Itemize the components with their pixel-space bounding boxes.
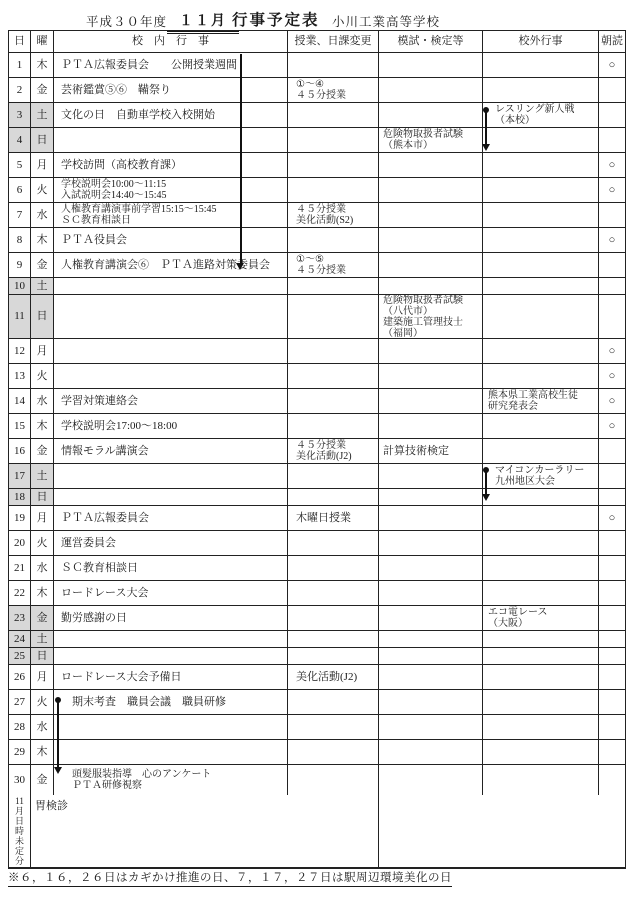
wrestling-arrowhead-icon [482,144,490,151]
weekday-cell: 月 [31,153,54,177]
morning-reading-cell [599,253,625,277]
header-class-changes: 授業、日課変更 [288,31,379,52]
exam-cell [379,278,483,294]
class-change-cell [288,53,379,77]
class-change-cell [288,389,379,413]
day-cell: 19 [9,506,31,530]
morning-reading-cell [599,648,625,664]
morning-reading-cell [599,581,625,605]
class-change-cell [288,414,379,438]
weekday-cell: 金 [31,439,54,463]
exam-cell [379,690,483,714]
events-cell [54,631,288,647]
events-cell: ロードレース大会 [54,581,288,605]
exam-cell [379,581,483,605]
events-cell: ＳＣ教育相談日 [54,556,288,580]
outside-cell [483,489,599,505]
day-cell: 9 [9,253,31,277]
morning-reading-cell [599,295,625,338]
outside-cell [483,631,599,647]
morning-reading-cell [599,78,625,102]
morning-reading-cell [599,715,625,739]
header-morning-reading: 朝読 [599,31,625,52]
calendar-row-21: 21水ＳＣ教育相談日 [9,556,625,581]
pending-content: 胃検診 [31,795,379,867]
morning-reading-cell: ○ [599,53,625,77]
school-name: 小川工業高等学校 [332,12,440,30]
weekday-cell: 土 [31,464,54,488]
weekday-cell: 火 [31,178,54,202]
class-change-cell [288,153,379,177]
events-cell [54,364,288,388]
morning-reading-cell [599,765,625,795]
calendar-row-27: 27火期末考査 職員会議 職員研修 [9,690,625,715]
calendar-row-24: 24土 [9,631,625,648]
exam-cell: 計算技術検定 [379,439,483,463]
morning-reading-cell [599,740,625,764]
events-cell [54,489,288,505]
morning-reading-cell [599,464,625,488]
events-cell: ＰＴＡ広報委員会 公開授業週間 [54,53,288,77]
day-cell: 14 [9,389,31,413]
events-cell: 頭髪服装指導 心のアンケートＰＴＡ研修視察 [54,765,288,795]
weekday-cell: 水 [31,715,54,739]
day-cell: 24 [9,631,31,647]
weekday-cell: 日 [31,648,54,664]
morning-reading-cell [599,690,625,714]
morning-reading-cell: ○ [599,339,625,363]
outside-cell [483,203,599,227]
events-cell: 人権教育講演会⑥ ＰＴＡ進路対策委員会 [54,253,288,277]
calendar-row-26: 26月ロードレース大会予備日美化活動(J2) [9,665,625,690]
events-cell: 勤労感謝の日 [54,606,288,630]
outside-cell [483,414,599,438]
events-cell [54,464,288,488]
class-change-cell [288,489,379,505]
morning-reading-cell: ○ [599,153,625,177]
events-cell [54,128,288,152]
day-cell: 12 [9,339,31,363]
class-change-cell: ①～⑤４５分授業 [288,253,379,277]
events-cell [54,295,288,338]
exam-cell [379,253,483,277]
events-cell: 学校説明会10:00～11:15入試説明会14:40～15:45 [54,178,288,202]
calendar-row-1: 1木ＰＴＡ広報委員会 公開授業週間○ [9,53,625,78]
header-outside-events: 校外行事 [483,31,599,52]
calendar-row-20: 20火運営委員会 [9,531,625,556]
class-change-cell [288,339,379,363]
day-cell: 30 [9,765,31,795]
events-cell: ＰＴＡ役員会 [54,228,288,252]
exam-cell [379,715,483,739]
class-change-cell [288,278,379,294]
class-change-cell: 木曜日授業 [288,506,379,530]
day-cell: 22 [9,581,31,605]
exam-cell: 危険物取扱者試験（熊本市） [379,128,483,152]
weekday-cell: 水 [31,556,54,580]
exam-cell [379,665,483,689]
events-cell: 学校訪問（高校教育課） [54,153,288,177]
class-change-cell [288,556,379,580]
morning-reading-cell: ○ [599,389,625,413]
morning-reading-cell: ○ [599,506,625,530]
outside-cell [483,439,599,463]
morning-reading-cell [599,439,625,463]
weekday-cell: 水 [31,389,54,413]
weekday-cell: 金 [31,78,54,102]
events-cell: 文化の日 自動車学校入校開始 [54,103,288,127]
class-change-cell [288,765,379,795]
day-cell: 29 [9,740,31,764]
calendar-row-23: 23金勤労感謝の日エコ電レース（大阪） [9,606,625,631]
outside-cell: エコ電レース（大阪） [483,606,599,630]
weekday-cell: 水 [31,203,54,227]
outside-cell [483,765,599,795]
day-cell: 27 [9,690,31,714]
calendar-row-3: 3土文化の日 自動車学校入校開始レスリング新人戦（本校） [9,103,625,128]
exam-cell [379,489,483,505]
exam-cell [379,464,483,488]
day-cell: 25 [9,648,31,664]
weekday-cell: 日 [31,489,54,505]
open-class-week-arrowhead-icon [236,263,244,270]
outside-cell [483,295,599,338]
weekday-cell: 金 [31,253,54,277]
events-cell: ロードレース大会予備日 [54,665,288,689]
day-cell: 1 [9,53,31,77]
outside-cell [483,581,599,605]
class-change-cell [288,531,379,555]
outside-cell [483,690,599,714]
calendar-row-18: 18日 [9,489,625,506]
outside-cell [483,665,599,689]
weekday-cell: 火 [31,690,54,714]
outside-cell: レスリング新人戦（本校） [483,103,599,127]
exam-cell [379,103,483,127]
events-cell: ＰＴＡ広報委員会 [54,506,288,530]
class-change-cell: ４５分授業美化活動(S2) [288,203,379,227]
exam-cell [379,414,483,438]
events-cell [54,715,288,739]
class-change-cell [288,464,379,488]
class-change-cell [288,648,379,664]
wrestling-line [485,112,487,145]
morning-reading-cell [599,278,625,294]
calendar-row-28: 28水 [9,715,625,740]
outside-cell [483,715,599,739]
exam-cell [379,203,483,227]
weekday-cell: 月 [31,665,54,689]
day-cell: 5 [9,153,31,177]
outside-cell [483,128,599,152]
calendar-rows: 1木ＰＴＡ広報委員会 公開授業週間○2金芸術鑑賞⑤⑥ 鞴祭り①～④４５分授業3土… [9,53,625,795]
morning-reading-cell [599,203,625,227]
exam-cell [379,631,483,647]
footnote: ※６，１６，２６日はカギかけ推進の日、７，１７，２７日は駅周辺環境美化の日 [8,869,452,887]
header-weekday: 曜 [31,31,54,52]
day-cell: 16 [9,439,31,463]
events-cell [54,339,288,363]
day-cell: 18 [9,489,31,505]
weekday-cell: 土 [31,631,54,647]
class-change-cell [288,103,379,127]
weekday-cell: 木 [31,581,54,605]
morning-reading-cell: ○ [599,414,625,438]
outside-cell: マイコンカーラリー九州地区大会 [483,464,599,488]
morning-reading-cell [599,631,625,647]
outside-cell [483,78,599,102]
class-change-cell [288,295,379,338]
outside-cell [483,531,599,555]
exam-cell [379,531,483,555]
morning-reading-cell [599,606,625,630]
calendar-row-9: 9金人権教育講演会⑥ ＰＴＡ進路対策委員会①～⑤４５分授業 [9,253,625,278]
calendar-row-25: 25日 [9,648,625,665]
morning-reading-cell [599,128,625,152]
header-school-events: 校 内 行 事 [54,31,288,52]
events-cell [54,740,288,764]
events-cell [54,278,288,294]
day-cell: 7 [9,203,31,227]
weekday-cell: 日 [31,128,54,152]
weekday-cell: 土 [31,103,54,127]
outside-cell [483,648,599,664]
weekday-cell: 金 [31,606,54,630]
events-cell: 運営委員会 [54,531,288,555]
weekday-cell: 火 [31,531,54,555]
header-exams: 模試・検定等 [379,31,483,52]
exam-arrowhead-icon [54,767,62,774]
morning-reading-cell [599,489,625,505]
calendar-row-7: 7水人権教育講演事前学習15:15～15:45ＳＣ教育相談日４５分授業美化活動(… [9,203,625,228]
calendar-row-12: 12月○ [9,339,625,364]
weekday-cell: 土 [31,278,54,294]
calendar-row-10: 10土 [9,278,625,295]
day-cell: 20 [9,531,31,555]
calendar-row-22: 22木ロードレース大会 [9,581,625,606]
calendar-row-30: 30金頭髪服装指導 心のアンケートＰＴＡ研修視察 [9,765,625,795]
exam-cell [379,648,483,664]
exam-cell [379,53,483,77]
class-change-cell [288,178,379,202]
exam-cell [379,178,483,202]
day-cell: 4 [9,128,31,152]
calendar-row-14: 14水学習対策連絡会熊本県工業高校生徒研究発表会○ [9,389,625,414]
pending-right-area [379,795,625,867]
morning-reading-cell [599,531,625,555]
weekday-cell: 月 [31,339,54,363]
class-change-cell [288,715,379,739]
day-cell: 17 [9,464,31,488]
table-header-row: 日 曜 校 内 行 事 授業、日課変更 模試・検定等 校外行事 朝読 [9,31,625,53]
pending-label: 11 月 日 時 未 定 分 [9,795,31,867]
calendar-row-29: 29木 [9,740,625,765]
exam-line [57,702,59,768]
class-change-cell: 美化活動(J2) [288,665,379,689]
school-year-label: 平成３０年度 [86,12,167,30]
day-cell: 10 [9,278,31,294]
exam-cell [379,765,483,795]
calendar-row-2: 2金芸術鑑賞⑤⑥ 鞴祭り①～④４５分授業 [9,78,625,103]
outside-cell: 熊本県工業高校生徒研究発表会 [483,389,599,413]
morning-reading-cell [599,665,625,689]
morning-reading-cell: ○ [599,364,625,388]
morning-reading-cell: ○ [599,228,625,252]
microcar-line [485,472,487,495]
exam-cell: 危険物取扱者試験（八代市）建築施工管理技士（福岡） [379,295,483,338]
exam-cell [379,228,483,252]
calendar-row-17: 17土マイコンカーラリー九州地区大会 [9,464,625,489]
calendar-row-15: 15木学校説明会17:00～18:00○ [9,414,625,439]
day-cell: 15 [9,414,31,438]
calendar-row-8: 8木ＰＴＡ役員会○ [9,228,625,253]
weekday-cell: 火 [31,364,54,388]
weekday-cell: 日 [31,295,54,338]
class-change-cell [288,606,379,630]
class-change-cell [288,128,379,152]
exam-cell [379,364,483,388]
calendar-row-5: 5月学校訪問（高校教育課）○ [9,153,625,178]
events-cell: 学校説明会17:00～18:00 [54,414,288,438]
weekday-cell: 木 [31,740,54,764]
outside-cell [483,740,599,764]
outside-cell [483,278,599,294]
pending-events-box: 11 月 日 時 未 定 分 胃検診 [9,795,625,867]
outside-cell [483,506,599,530]
exam-cell [379,78,483,102]
events-cell: 学習対策連絡会 [54,389,288,413]
class-change-cell [288,228,379,252]
day-cell: 23 [9,606,31,630]
events-cell: 情報モラル講演会 [54,439,288,463]
morning-reading-cell [599,556,625,580]
calendar-row-4: 4日危険物取扱者試験（熊本市） [9,128,625,153]
schedule-table: 日 曜 校 内 行 事 授業、日課変更 模試・検定等 校外行事 朝読 1木ＰＴＡ… [8,30,626,869]
page-title: 行事予定表 [232,8,320,30]
exam-cell [379,339,483,363]
weekday-cell: 木 [31,414,54,438]
weekday-cell: 金 [31,765,54,795]
open-class-week-line [240,54,242,264]
outside-cell [483,364,599,388]
outside-cell [483,178,599,202]
calendar-row-13: 13火○ [9,364,625,389]
exam-cell [379,740,483,764]
calendar-row-6: 6火学校説明会10:00～11:15入試説明会14:40～15:45○ [9,178,625,203]
outside-cell [483,153,599,177]
outside-cell [483,556,599,580]
day-cell: 2 [9,78,31,102]
outside-cell [483,339,599,363]
class-change-cell: ①～④４５分授業 [288,78,379,102]
weekday-cell: 月 [31,506,54,530]
outside-cell [483,53,599,77]
events-cell [54,648,288,664]
exam-cell [379,606,483,630]
class-change-cell [288,364,379,388]
exam-cell [379,153,483,177]
day-cell: 3 [9,103,31,127]
calendar-row-11: 11日危険物取扱者試験（八代市）建築施工管理技士（福岡） [9,295,625,339]
title-bar: 平成３０年度 １１月 行事予定表 小川工業高等学校 [0,6,632,30]
schedule-page: 平成３０年度 １１月 行事予定表 小川工業高等学校 日 曜 校 内 行 事 授業… [0,0,632,901]
events-cell: 人権教育講演事前学習15:15～15:45ＳＣ教育相談日 [54,203,288,227]
day-cell: 21 [9,556,31,580]
day-cell: 13 [9,364,31,388]
morning-reading-cell: ○ [599,178,625,202]
day-cell: 11 [9,295,31,338]
class-change-cell [288,740,379,764]
exam-cell [379,506,483,530]
exam-cell [379,556,483,580]
day-cell: 26 [9,665,31,689]
weekday-cell: 木 [31,228,54,252]
calendar-row-16: 16金情報モラル講演会４５分授業美化活動(J2)計算技術検定 [9,439,625,464]
events-cell: 期末考査 職員会議 職員研修 [54,690,288,714]
outside-cell [483,228,599,252]
class-change-cell [288,631,379,647]
outside-cell [483,253,599,277]
day-cell: 8 [9,228,31,252]
events-cell: 芸術鑑賞⑤⑥ 鞴祭り [54,78,288,102]
class-change-cell [288,581,379,605]
exam-cell [379,389,483,413]
calendar-row-19: 19月ＰＴＡ広報委員会木曜日授業○ [9,506,625,531]
class-change-cell [288,690,379,714]
header-day: 日 [9,31,31,52]
class-change-cell: ４５分授業美化活動(J2) [288,439,379,463]
day-cell: 6 [9,178,31,202]
day-cell: 28 [9,715,31,739]
microcar-arrowhead-icon [482,494,490,501]
weekday-cell: 木 [31,53,54,77]
morning-reading-cell [599,103,625,127]
